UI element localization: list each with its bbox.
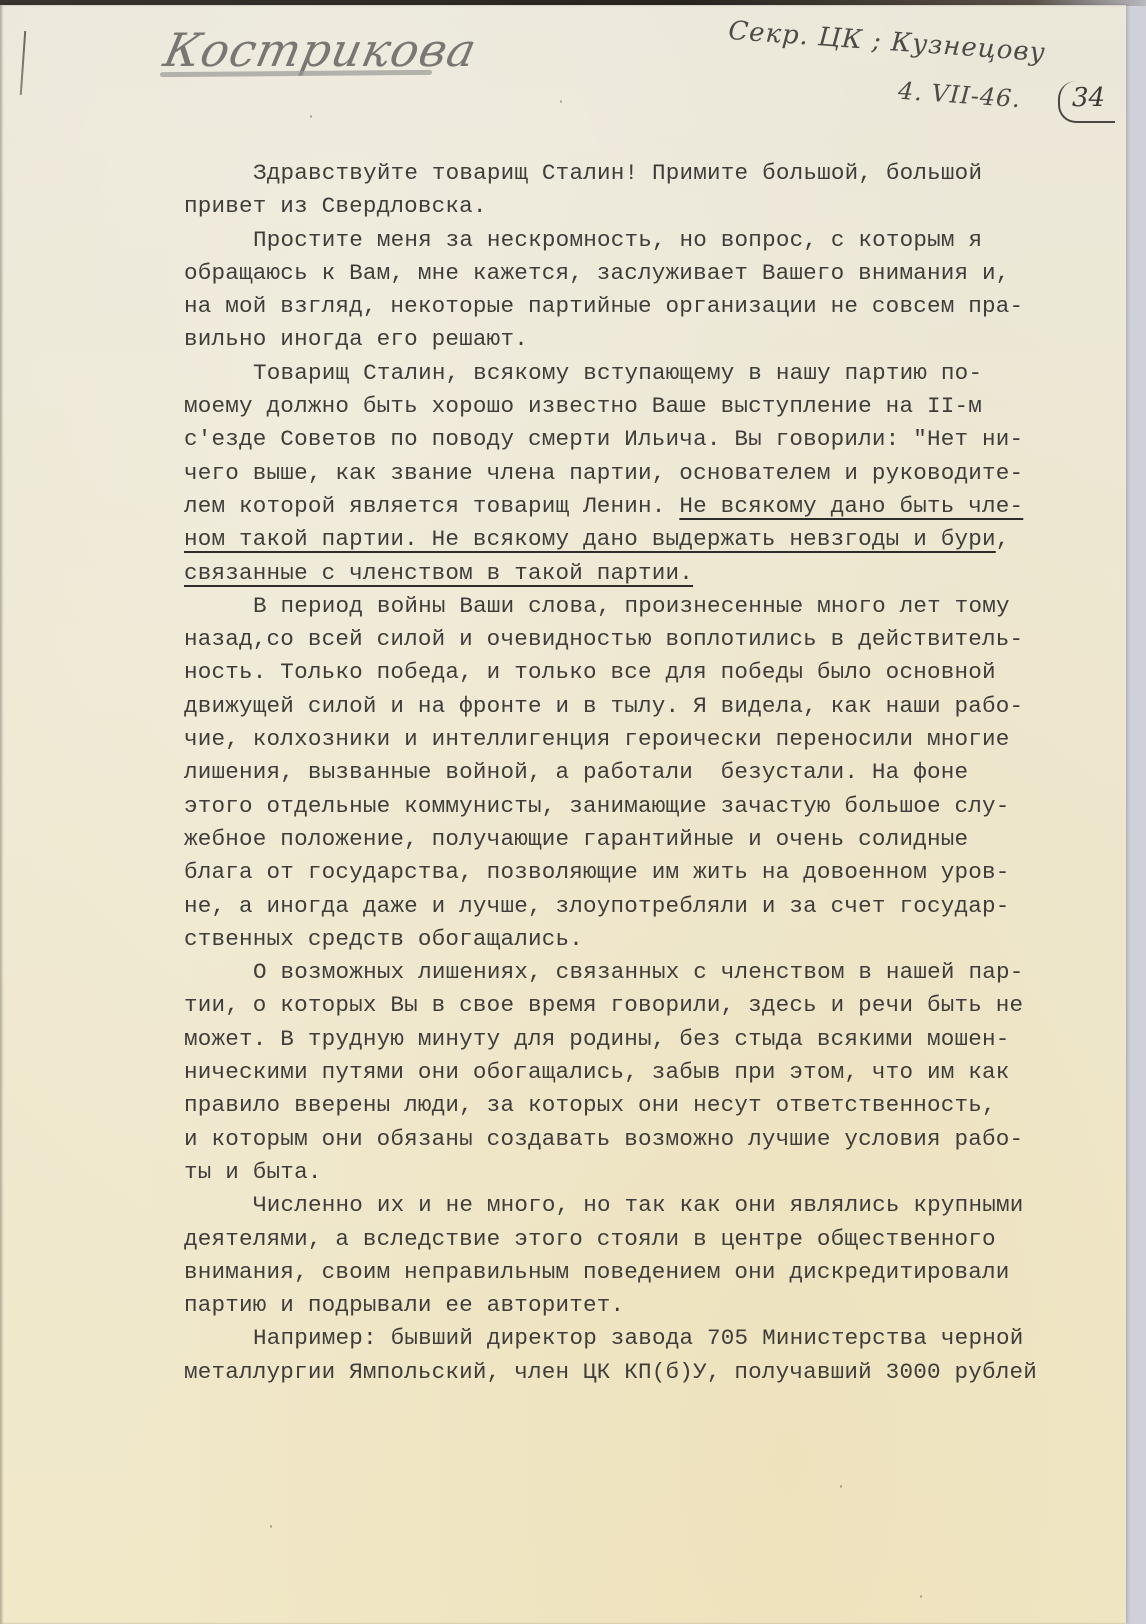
line-text: , bbox=[996, 526, 1010, 552]
underlined-quote: Не всякому дано быть чле- bbox=[679, 493, 1023, 519]
line-text: В период войны Ваши слова, произнесенные… bbox=[253, 593, 1010, 619]
line-text: деятелями, а вследствие этого стояли в ц… bbox=[184, 1226, 996, 1252]
text-line: связанные с членством в такой партии. bbox=[184, 557, 1114, 590]
line-text: этого отдельные коммунисты, занимающие з… bbox=[184, 793, 1010, 819]
paper-speck bbox=[270, 1525, 272, 1528]
text-line: лишения, вызванные войной, а работали бе… bbox=[184, 756, 1114, 789]
text-line: деятелями, а вследствие этого стояли в ц… bbox=[184, 1223, 1114, 1256]
text-line: О возможных лишениях, связанных с членст… bbox=[184, 956, 1114, 989]
text-line: ты и быта. bbox=[184, 1156, 1114, 1189]
text-line: лем которой является товарищ Ленин. Не в… bbox=[184, 490, 1114, 523]
line-text: жебное положение, получающие гарантийные… bbox=[184, 826, 968, 852]
text-line: моему должно быть хорошо известно Ваше в… bbox=[184, 390, 1114, 423]
line-text: с'езде Советов по поводу смерти Ильича. … bbox=[184, 426, 1023, 452]
line-text: внимания, своим неправильным поведением … bbox=[184, 1259, 1010, 1285]
line-text: лем которой является товарищ Ленин. bbox=[184, 493, 679, 519]
text-line: Численно их и не много, но так как они я… bbox=[184, 1189, 1114, 1222]
line-text: вильно иногда его решают. bbox=[184, 326, 528, 352]
line-text: на мой взгляд, некоторые партийные орган… bbox=[184, 293, 1023, 319]
line-text: чие, колхозники и интеллигенция героичес… bbox=[184, 726, 1010, 752]
text-line: обращаюсь к Вам, мне кажется, заслуживае… bbox=[184, 257, 1114, 290]
text-line: внимания, своим неправильным поведением … bbox=[184, 1256, 1114, 1289]
text-line: этого отдельные коммунисты, занимающие з… bbox=[184, 790, 1114, 823]
paper-speck bbox=[560, 100, 562, 103]
underlined-quote: связанные с членством в такой партии. bbox=[184, 560, 693, 586]
line-text: ническими путями они обогащались, забыв … bbox=[184, 1059, 1010, 1085]
handwritten-date: 4. VII-46. bbox=[897, 77, 1022, 114]
text-line: чие, колхозники и интеллигенция героичес… bbox=[184, 723, 1114, 756]
text-line: В период войны Ваши слова, произнесенные… bbox=[184, 590, 1114, 623]
text-line: ность. Только победа, и только все для п… bbox=[184, 656, 1114, 689]
line-text: партию и подрывали ее авторитет. bbox=[184, 1292, 624, 1318]
line-text: привет из Свердловска. bbox=[184, 193, 487, 219]
underlined-quote: ном такой партии. Не всякому дано выдерж… bbox=[184, 526, 996, 552]
text-line: ническими путями они обогащались, забыв … bbox=[184, 1056, 1114, 1089]
line-text: Например: бывший директор завода 705 Мин… bbox=[253, 1325, 1023, 1351]
line-text: может. В трудную минуту для родины, без … bbox=[184, 1026, 1010, 1052]
text-line: партию и подрывали ее авторитет. bbox=[184, 1289, 1114, 1322]
text-line: на мой взгляд, некоторые партийные орган… bbox=[184, 290, 1114, 323]
line-text: О возможных лишениях, связанных с членст… bbox=[253, 959, 1023, 985]
text-line: Здравствуйте товарищ Сталин! Примите бол… bbox=[184, 157, 1114, 190]
text-line: тии, о которых Вы в свое время говорили,… bbox=[184, 989, 1114, 1022]
text-line: чего выше, как звание члена партии, осно… bbox=[184, 457, 1114, 490]
line-text: правило вверены люди, за которых они нес… bbox=[184, 1092, 996, 1118]
line-text: лишения, вызванные войной, а работали бе… bbox=[184, 759, 968, 785]
text-line: жебное положение, получающие гарантийные… bbox=[184, 823, 1114, 856]
paper-speck bbox=[920, 1595, 922, 1598]
text-line: может. В трудную минуту для родины, без … bbox=[184, 1023, 1114, 1056]
line-text: Товарищ Сталин, всякому вступающему в на… bbox=[253, 360, 982, 386]
line-text: и которым они обязаны создавать возможно… bbox=[184, 1126, 1023, 1152]
text-line: правило вверены люди, за которых они нес… bbox=[184, 1089, 1114, 1122]
text-line: металлургии Ямпольский, член ЦК КП(б)У, … bbox=[184, 1356, 1114, 1389]
paper-speck bbox=[310, 115, 312, 118]
line-text: Здравствуйте товарищ Сталин! Примите бол… bbox=[253, 160, 982, 186]
text-line: вильно иногда его решают. bbox=[184, 323, 1114, 356]
letter-body: Здравствуйте товарищ Сталин! Примите бол… bbox=[184, 157, 1114, 1389]
text-line: назад,со всей силой и очевидностью вопло… bbox=[184, 623, 1114, 656]
text-line: с'езде Советов по поводу смерти Ильича. … bbox=[184, 423, 1114, 456]
text-line: и которым они обязаны создавать возможно… bbox=[184, 1123, 1114, 1156]
line-text: обращаюсь к Вам, мне кажется, заслуживае… bbox=[184, 260, 1010, 286]
line-text: ты и быта. bbox=[184, 1159, 322, 1185]
line-text: блага от государства, позволяющие им жит… bbox=[184, 859, 1010, 885]
text-line: Например: бывший директор завода 705 Мин… bbox=[184, 1322, 1114, 1355]
line-text: Простите меня за нескромность, но вопрос… bbox=[253, 227, 982, 253]
text-line: блага от государства, позволяющие им жит… bbox=[184, 856, 1114, 889]
document-page: Кострикова Секр. ЦК ; Кузнецову 4. VII-4… bbox=[0, 5, 1126, 1624]
margin-pencil-mark bbox=[20, 31, 26, 95]
line-text: ность. Только победа, и только все для п… bbox=[184, 659, 996, 685]
paper-speck bbox=[840, 1485, 842, 1488]
handwritten-author-name: Кострикова bbox=[159, 23, 482, 77]
line-text: чего выше, как звание члена партии, осно… bbox=[184, 460, 1023, 486]
text-line: не, а иногда даже и лучше, злоупотреблял… bbox=[184, 890, 1114, 923]
text-line: Простите меня за нескромность, но вопрос… bbox=[184, 224, 1114, 257]
line-text: не, а иногда даже и лучше, злоупотреблял… bbox=[184, 893, 1010, 919]
line-text: ственных средств обогащались. bbox=[184, 926, 583, 952]
text-line: движущей силой и на фронте и в тылу. Я в… bbox=[184, 690, 1114, 723]
line-text: моему должно быть хорошо известно Ваше в… bbox=[184, 393, 982, 419]
line-text: тии, о которых Вы в свое время говорили,… bbox=[184, 992, 1023, 1018]
handwritten-routing-note: Секр. ЦК ; Кузнецову bbox=[727, 16, 1046, 68]
text-line: Товарищ Сталин, всякому вступающему в на… bbox=[184, 357, 1114, 390]
line-text: Численно их и не много, но так как они я… bbox=[253, 1192, 1023, 1218]
line-text: назад,со всей силой и очевидностью вопло… bbox=[184, 626, 1023, 652]
page-number: 34 bbox=[1058, 81, 1115, 123]
line-text: движущей силой и на фронте и в тылу. Я в… bbox=[184, 693, 1023, 719]
text-line: ственных средств обогащались. bbox=[184, 923, 1114, 956]
text-line: ном такой партии. Не всякому дано выдерж… bbox=[184, 523, 1114, 556]
line-text: металлургии Ямпольский, член ЦК КП(б)У, … bbox=[184, 1359, 1037, 1385]
text-line: привет из Свердловска. bbox=[184, 190, 1114, 223]
